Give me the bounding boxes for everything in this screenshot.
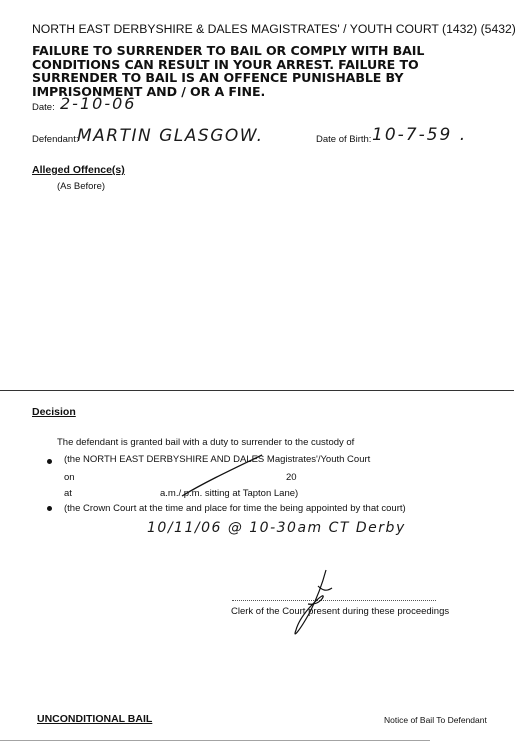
- sitting-text: a.m./ p.m. sitting at Tapton Lane): [160, 488, 298, 499]
- defendant-label: Defendant:: [32, 134, 78, 145]
- crown-court-option: (the Crown Court at the time and place f…: [64, 503, 406, 514]
- offences-value: (As Before): [57, 181, 105, 192]
- on-label: on: [64, 472, 75, 483]
- dob-label: Date of Birth:: [316, 134, 371, 145]
- decision-intro: The defendant is granted bail with a dut…: [57, 437, 354, 448]
- year-label: 20: [286, 472, 297, 483]
- signature-line: [232, 600, 436, 601]
- section-divider: [0, 390, 514, 391]
- date-value: 2-10-06: [60, 94, 136, 113]
- dob-value: 10-7-59 .: [372, 125, 467, 145]
- defendant-value: MARTIN GLASGOW.: [77, 126, 264, 146]
- bullet-icon: [47, 459, 52, 464]
- handwritten-appearance-note: 10/11/06 @ 10-30am CT Derby: [147, 520, 406, 536]
- offences-heading: Alleged Offence(s): [32, 164, 125, 176]
- bail-type: UNCONDITIONAL BAIL: [37, 713, 152, 725]
- magistrates-court-option: (the NORTH EAST DERBYSHIRE AND DALES Mag…: [64, 454, 370, 465]
- form-title: Notice of Bail To Defendant: [384, 715, 487, 725]
- clerk-label: Clerk of the Court present during these …: [231, 606, 449, 617]
- decision-heading: Decision: [32, 406, 76, 418]
- bullet-icon: [47, 506, 52, 511]
- at-label: at: [64, 488, 72, 499]
- clerk-signature-icon: [295, 570, 332, 634]
- bottom-divider: [0, 740, 430, 741]
- bail-warning: FAILURE TO SURRENDER TO BAIL OR COMPLY W…: [32, 44, 502, 98]
- date-label: Date:: [32, 102, 55, 113]
- court-title: NORTH EAST DERBYSHIRE & DALES MAGISTRATE…: [32, 22, 516, 36]
